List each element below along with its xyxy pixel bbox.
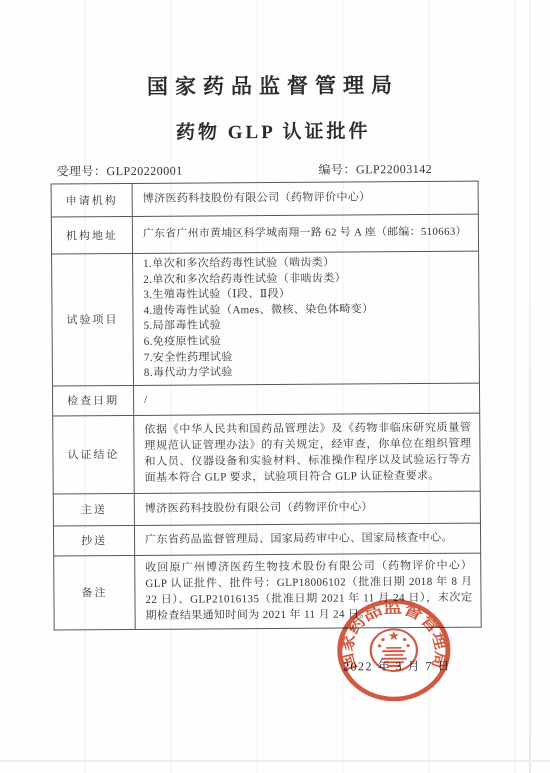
emblem-big-star bbox=[389, 631, 399, 640]
row-content-cc-recipient: 广东省药品监督管理局、国家局药审中心、国家局核查中心。 bbox=[134, 523, 480, 555]
acceptance-number-value: GLP20220001 bbox=[106, 164, 182, 179]
table-row-test-items: 试验项目 1.单次和多次给药毒性试验（啮齿类） 2.单次和多次给药毒性试验（非啮… bbox=[52, 251, 480, 386]
table-row-conclusion: 认证结论 依据《中华人民共和国药品管理法》及《药物非临床研究质量管理规范认证管理… bbox=[53, 413, 481, 494]
doc-subtitle: 药物 GLP 认证批件 bbox=[0, 115, 548, 146]
row-label-address: 机构地址 bbox=[51, 216, 132, 254]
page-title: 国家药品监督管理局 bbox=[0, 68, 548, 102]
row-content-conclusion: 依据《中华人民共和国药品管理法》及《药物非临床研究质量管理规范认证管理办法》的有… bbox=[134, 413, 481, 493]
row-label-conclusion: 认证结论 bbox=[53, 415, 135, 494]
row-content-address: 广东省广州市黄埔区科学城南翔一路 62 号 A 座（邮编：510663） bbox=[132, 214, 478, 253]
test-item-list: 1.单次和多次给药毒性试验（啮齿类） 2.单次和多次给药毒性试验（非啮齿类） 3… bbox=[133, 251, 480, 385]
row-label-main-recipient: 主送 bbox=[53, 493, 134, 526]
row-label-inspection-date: 检查日期 bbox=[52, 385, 133, 416]
acceptance-number-label: 受理号： bbox=[56, 164, 106, 178]
row-label-test-items: 试验项目 bbox=[52, 253, 134, 385]
row-content-inspection-date: / bbox=[133, 383, 479, 415]
acceptance-number: 受理号：GLP20220001 bbox=[56, 162, 182, 180]
row-content-main-recipient: 博济医药科技股份有限公司（药物评价中心） bbox=[134, 491, 480, 525]
national-emblem-icon bbox=[371, 629, 418, 671]
row-label-remarks: 备注 bbox=[54, 555, 136, 630]
table-row-applicant: 申请机构 博济医药科技股份有限公司（药物评价中心） bbox=[51, 181, 478, 217]
table-row-cc-recipient: 抄送 广东省药品监督管理局、国家局药审中心、国家局核查中心。 bbox=[53, 523, 480, 556]
row-label-cc-recipient: 抄送 bbox=[53, 525, 134, 556]
table-row-address: 机构地址 广东省广州市黄埔区科学城南翔一路 62 号 A 座（邮编：510663… bbox=[51, 214, 478, 254]
table-row-inspection-date: 检查日期 / bbox=[52, 383, 479, 416]
row-label-applicant: 申请机构 bbox=[51, 183, 132, 217]
page-edge-right bbox=[529, 0, 531, 773]
reference-line: 受理号：GLP20220001 编号：GLP22003142 bbox=[0, 159, 548, 163]
document-number: 编号：GLP22003142 bbox=[318, 160, 432, 178]
test-item: 8.毒代动力学试验 bbox=[144, 364, 471, 382]
document-content: 国家药品监督管理局 药物 GLP 认证批件 受理号：GLP20220001 编号… bbox=[0, 0, 550, 773]
document-number-value: GLP22003142 bbox=[356, 162, 432, 177]
document-number-label: 编号： bbox=[318, 162, 356, 176]
official-seal: 国家药品监督管理局 bbox=[332, 595, 455, 706]
scanned-document-page: 国家药品监督管理局 药物 GLP 认证批件 受理号：GLP20220001 编号… bbox=[0, 0, 550, 773]
row-content-applicant: 博济医药科技股份有限公司（药物评价中心） bbox=[132, 181, 478, 216]
approval-table: 申请机构 博济医药科技股份有限公司（药物评价中心） 机构地址 广东省广州市黄埔区… bbox=[51, 181, 482, 631]
table-row-main-recipient: 主送 博济医药科技股份有限公司（药物评价中心） bbox=[53, 491, 480, 526]
page-edge-bottom bbox=[0, 760, 550, 762]
